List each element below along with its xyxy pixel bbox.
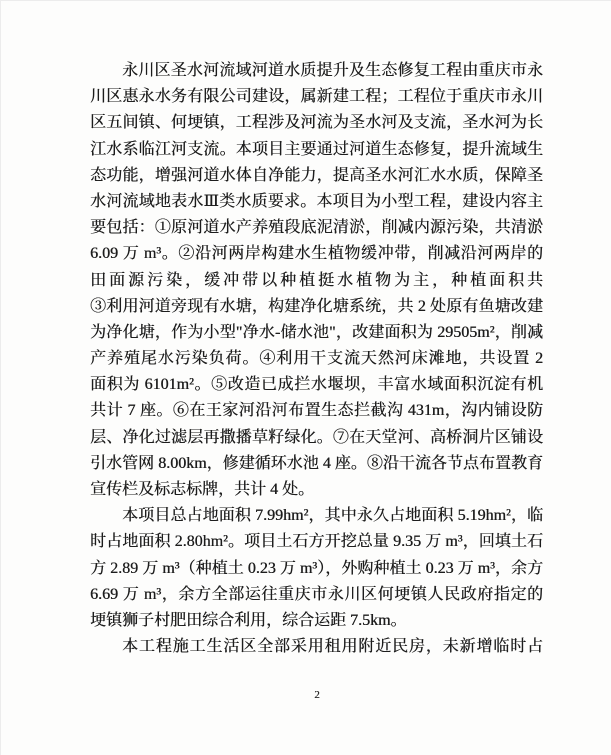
text-line: 6.69 万 m³，余方全部运往重庆市永川区何埂镇人民政府指定的何 (90, 582, 543, 608)
paragraph-project-overview: 永川区圣水河流域河道水质提升及生态修复工程由重庆市永 川区惠永水务有限公司建设，… (90, 58, 543, 503)
text-line: 区五间镇、何埂镇，工程涉及河流为圣水河及支流，圣水河为长 (90, 110, 543, 136)
text-line: 水河流域地表水Ⅲ类水质要求。本项目为小型工程，建设内容主 (90, 189, 543, 215)
text-line: 要包括：①原河道水产养殖段底泥清淤，削减内源污染，共清淤 (90, 215, 543, 241)
page-number: 2 (314, 689, 320, 701)
text-line: 本工程施工生活区全部采用租用附近民房，未新增临时占地； (90, 634, 543, 660)
text-line: 田面源污染，缓冲带以种植挺水植物为主，种植面积共 3002m²。 (90, 268, 543, 294)
text-line: 6.09 万 m³。②沿河两岸构建水生植物缓冲带，削减沿河两岸的农 (90, 241, 543, 267)
text-line: ③利用河道旁现有水塘，构建净化塘系统，共 2 处原有鱼塘改建 (90, 294, 543, 320)
text-line: 方 2.89 万 m³（种植土 0.23 万 m³），外购种植土 0.23 万 … (90, 556, 543, 582)
document-body-text: 永川区圣水河流域河道水质提升及生态修复工程由重庆市永 川区惠永水务有限公司建设，… (90, 58, 543, 660)
text-line: 江水系临江河支流。本项目主要通过河道生态修复，提升流域生 (90, 137, 543, 163)
text-line: 时占地面积 2.80hm²。项目土石方开挖总量 9.35 万 m³，回填土石 (90, 529, 543, 555)
text-line: 态功能，增强河道水体自净能力，提高圣水河汇水水质，保障圣 (90, 163, 543, 189)
text-line: 为净化塘，作为小型"净水-储水池"，改建面积为 29505m²，削减水 (90, 320, 543, 346)
text-line: 引水管网 8.00km，修建循环水池 4 座。⑧沿干流各节点布置教育 (90, 451, 543, 477)
paragraph-construction-living-area: 本工程施工生活区全部采用租用附近民房，未新增临时占地； (90, 634, 543, 660)
text-line: 川区惠永水务有限公司建设，属新建工程；工程位于重庆市永川 (90, 84, 543, 110)
text-line: 埂镇狮子村肥田综合利用，综合运距 7.5km。 (90, 608, 543, 634)
paragraph-land-earthwork: 本项目总占地面积 7.99hm²，其中永久占地面积 5.19hm²，临 时占地面… (90, 503, 543, 634)
text-line: 本项目总占地面积 7.99hm²，其中永久占地面积 5.19hm²，临 (90, 503, 543, 529)
text-line: 共计 7 座。⑥在王家河沿河布置生态拦截沟 431m，沟内铺设防渗 (90, 398, 543, 424)
text-line: 面积为 6101m²。⑤改造已成拦水堰坝，丰富水域面积沉淀有机质， (90, 372, 543, 398)
scanned-document-page: 永川区圣水河流域河道水质提升及生态修复工程由重庆市永 川区惠永水务有限公司建设，… (0, 0, 611, 755)
text-line: 产养殖尾水污染负荷。④利用干支流天然河床滩地，共设置 2 处， (90, 346, 543, 372)
text-line: 永川区圣水河流域河道水质提升及生态修复工程由重庆市永 (90, 58, 543, 84)
text-line: 宣传栏及标志标牌，共计 4 处。 (90, 477, 543, 503)
text-line: 层、净化过滤层再撒播草籽绿化。⑦在天堂河、高桥洞片区铺设 (90, 425, 543, 451)
